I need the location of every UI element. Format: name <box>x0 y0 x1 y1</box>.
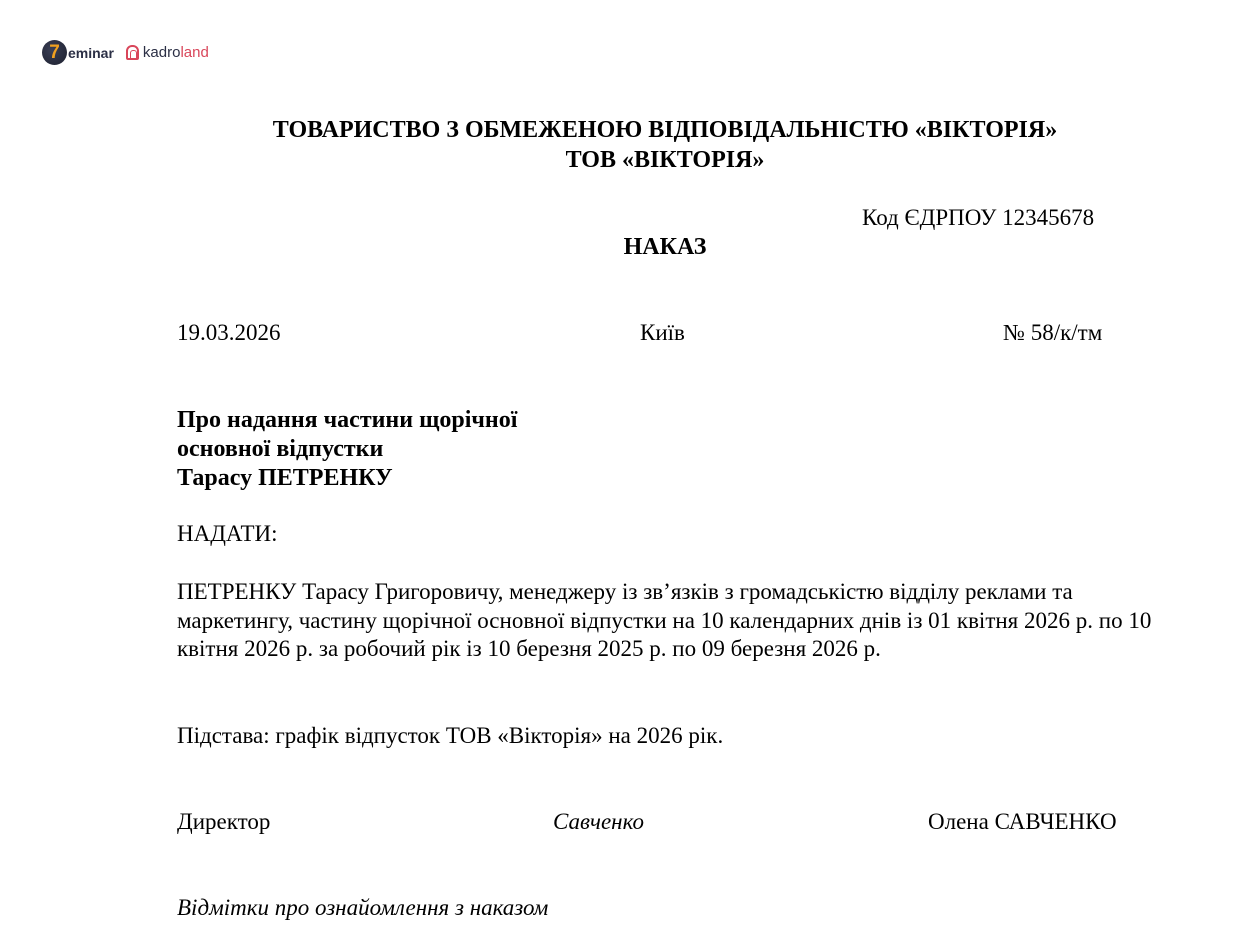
kadroland-logo-text-part2: land <box>180 44 208 61</box>
organization-full-name: ТОВАРИСТВО З ОБМЕЖЕНОЮ ВІДПОВІДАЛЬНІСТЮ … <box>0 117 1240 144</box>
order-subject: Про надання частини щорічної основної ві… <box>177 406 517 493</box>
kadroland-logo-icon <box>126 45 139 60</box>
order-basis: Підстава: графік відпусток ТОВ «Вікторія… <box>177 723 723 749</box>
header-logos: 7 eminar kadroland <box>42 40 209 65</box>
organization-short-name: ТОВ «ВІКТОРІЯ» <box>0 147 1240 174</box>
seminar-logo-text: eminar <box>68 45 114 61</box>
subject-line: Тарасу ПЕТРЕНКУ <box>177 464 517 493</box>
seminar-logo: 7 eminar <box>42 40 114 65</box>
kadroland-logo-text-part1: kadro <box>143 44 181 61</box>
subject-line: основної відпустки <box>177 435 517 464</box>
acknowledgement-note: Відмітки про ознайомлення з наказом <box>177 895 548 921</box>
order-body: ПЕТРЕНКУ Тарасу Григоровичу, менеджеру і… <box>177 578 1167 664</box>
edrpou-code: Код ЄДРПОУ 12345678 <box>862 205 1094 231</box>
kadroland-logo: kadroland <box>126 44 209 61</box>
signatory-position: Директор <box>177 809 270 835</box>
signatory-signature: Савченко <box>553 809 644 835</box>
signatory-name: Олена САВЧЕНКО <box>928 809 1117 835</box>
order-date: 19.03.2026 <box>177 320 281 346</box>
document-title: НАКАЗ <box>0 234 1240 261</box>
order-number: № 58/к/тм <box>1003 320 1102 346</box>
subject-line: Про надання частини щорічної <box>177 406 517 435</box>
seminar-logo-icon: 7 <box>42 40 67 65</box>
order-verb: НАДАТИ: <box>177 521 278 547</box>
order-city: Київ <box>640 320 685 346</box>
